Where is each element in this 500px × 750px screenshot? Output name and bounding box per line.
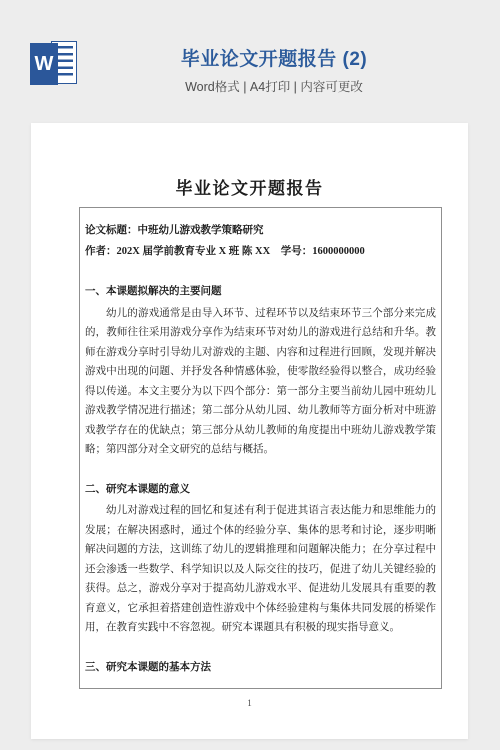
section-1-paragraph: 幼儿的游戏通常是由导入环节、过程环节以及结束环节三个部分来完成的，教师往往采用游… [85, 304, 436, 460]
template-subtitle: Word格式 | A4打印 | 内容可更改 [181, 77, 368, 95]
word-icon-letter: W [30, 43, 58, 85]
section-1-heading: 一、本课题拟解决的主要问题 [85, 282, 436, 302]
section-2-heading: 二、研究本课题的意义 [85, 480, 436, 500]
section-2-paragraph: 幼儿对游戏过程的回忆和复述有利于促进其语言表达能力和思维能力的发展；在解决困惑时… [85, 501, 436, 638]
template-header: W 毕业论文开题报告 (2) Word格式 | A4打印 | 内容可更改 [0, 0, 500, 123]
author-line: 作者：202X 届学前教育专业 X 班 陈 XX 学号：1600000000 [85, 241, 436, 262]
section-2: 二、研究本课题的意义 幼儿对游戏过程的回忆和复述有利于促进其语言表达能力和思维能… [85, 480, 436, 638]
screenshot-canvas: W 毕业论文开题报告 (2) Word格式 | A4打印 | 内容可更改 毕业论… [0, 0, 500, 750]
document-title: 毕业论文开题报告 [31, 174, 468, 199]
template-title: 毕业论文开题报告 (2) [181, 44, 368, 71]
thesis-title-line: 论文标题：中班幼儿游戏教学策略研究 [85, 220, 436, 241]
header-text-block: 毕业论文开题报告 (2) Word格式 | A4打印 | 内容可更改 [181, 44, 368, 95]
word-file-icon: W [30, 40, 78, 87]
section-3-heading: 三、研究本课题的基本方法 [85, 658, 436, 678]
section-3: 三、研究本课题的基本方法 [85, 658, 436, 678]
page-number: 1 [31, 698, 468, 708]
document-content-box: 论文标题：中班幼儿游戏教学策略研究 作者：202X 届学前教育专业 X 班 陈 … [79, 207, 442, 689]
document-page: 毕业论文开题报告 论文标题：中班幼儿游戏教学策略研究 作者：202X 届学前教育… [31, 123, 468, 739]
section-1: 一、本课题拟解决的主要问题 幼儿的游戏通常是由导入环节、过程环节以及结束环节三个… [85, 282, 436, 460]
